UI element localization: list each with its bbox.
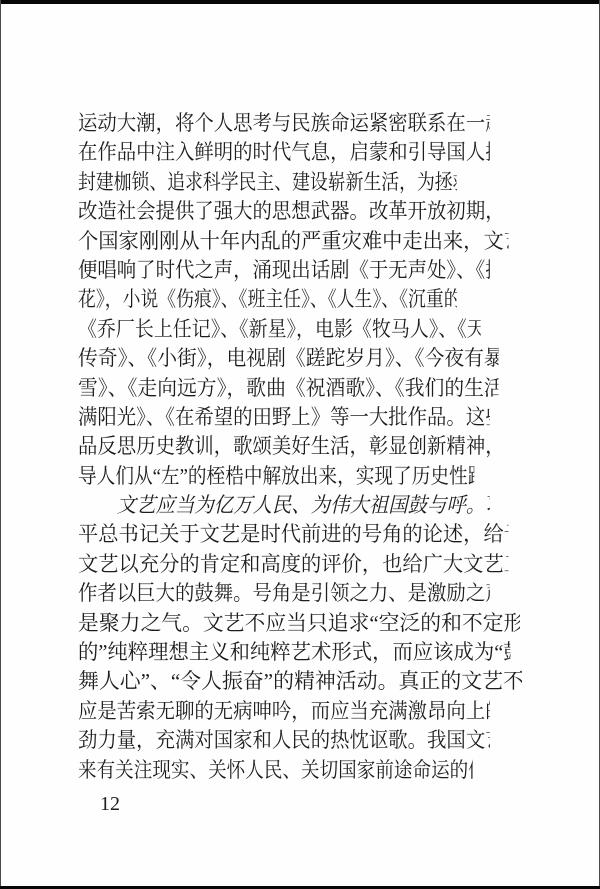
text-line: 雪》、《走向远方》，歌曲《祝酒歌》、《我们的生活充 xyxy=(78,374,499,403)
text-line: 《乔厂长上任记》、《新星》，电影《牧马人》、《天云山 xyxy=(78,315,481,344)
text-line: 是聚力之气。文艺不应当只追求“空泛的和不定形 xyxy=(78,609,520,638)
text-line: 满阳光》、《在希望的田野上》等一大批作品。这些作 xyxy=(78,403,490,432)
text-line: 作者以巨大的鼓舞。号角是引领之力、是激励之声、 xyxy=(78,579,490,608)
text-line: 应是苦索无聊的无病呻吟，而应当充满激昂向上的强 xyxy=(78,697,490,726)
page-top-edge-bar xyxy=(0,0,600,4)
text-run: 习近 xyxy=(485,493,490,517)
text-line: 封建枷锁、追求科学民主、建设崭新生活，为拯救国家、 xyxy=(78,168,457,197)
book-page: 运动大潮，将个人思考与民族命运紧密联系在一起， 在作品中注入鲜明的时代气息，启蒙… xyxy=(0,0,600,889)
text-line: 文艺以充分的肯定和高度的评价，也给广大文艺工 xyxy=(78,550,509,579)
text-line: 舞人心”、“令人振奋”的精神活动。真正的文艺不 xyxy=(78,667,522,696)
text-line: 改造社会提供了强大的思想武器。改革开放初期，整 xyxy=(78,197,490,226)
text-line: 在作品中注入鲜明的时代气息，启蒙和引导国人挣脱 xyxy=(78,138,490,167)
kaiti-quote-text: 文艺应当为亿万人民、为伟大祖国鼓与呼。 xyxy=(117,493,485,517)
text-line: 的”纯粹理想主义和纯粹艺术形式，而应该成为“鼓 xyxy=(78,638,510,667)
text-line: 个国家刚刚从十年内乱的严重灾难中走出来，文艺 xyxy=(78,227,509,256)
text-line: 文艺应当为亿万人民、为伟大祖国鼓与呼。习近 xyxy=(78,491,490,520)
text-line: 劲力量，充满对国家和人民的热忱讴歌。我国文艺历 xyxy=(78,726,490,755)
text-line: 平总书记关于文艺是时代前进的号角的论述，给予 xyxy=(78,520,509,549)
text-line: 传奇》、《小街》，电视剧《蹉跎岁月》、《今夜有暴风 xyxy=(78,344,499,373)
text-column: 运动大潮，将个人思考与民族命运紧密联系在一起， 在作品中注入鲜明的时代气息，启蒙… xyxy=(78,109,524,785)
paragraph-1: 运动大潮，将个人思考与民族命运紧密联系在一起， 在作品中注入鲜明的时代气息，启蒙… xyxy=(78,109,524,491)
text-line: 运动大潮，将个人思考与民族命运紧密联系在一起， xyxy=(78,109,490,138)
paragraph-2: 文艺应当为亿万人民、为伟大祖国鼓与呼。习近 平总书记关于文艺是时代前进的号角的论… xyxy=(78,491,524,785)
page-left-edge-line xyxy=(0,0,1,889)
text-line: 品反思历史教训，歌颂美好生活，彰显创新精神，引 xyxy=(78,432,490,461)
text-line: 导人们从“左”的桎梏中解放出来，实现了历史性跨越。 xyxy=(78,462,474,491)
text-line: 来有关注现实、关怀人民、关切国家前途命运的传统， xyxy=(78,756,473,785)
text-line: 花》，小说《伤痕》、《班主任》、《人生》、《沉重的翅膀》、 xyxy=(78,285,457,314)
page-number: 12 xyxy=(100,792,120,816)
text-line: 便唱响了时代之声，涌现出话剧《于无声处》、《报春 xyxy=(78,256,490,285)
